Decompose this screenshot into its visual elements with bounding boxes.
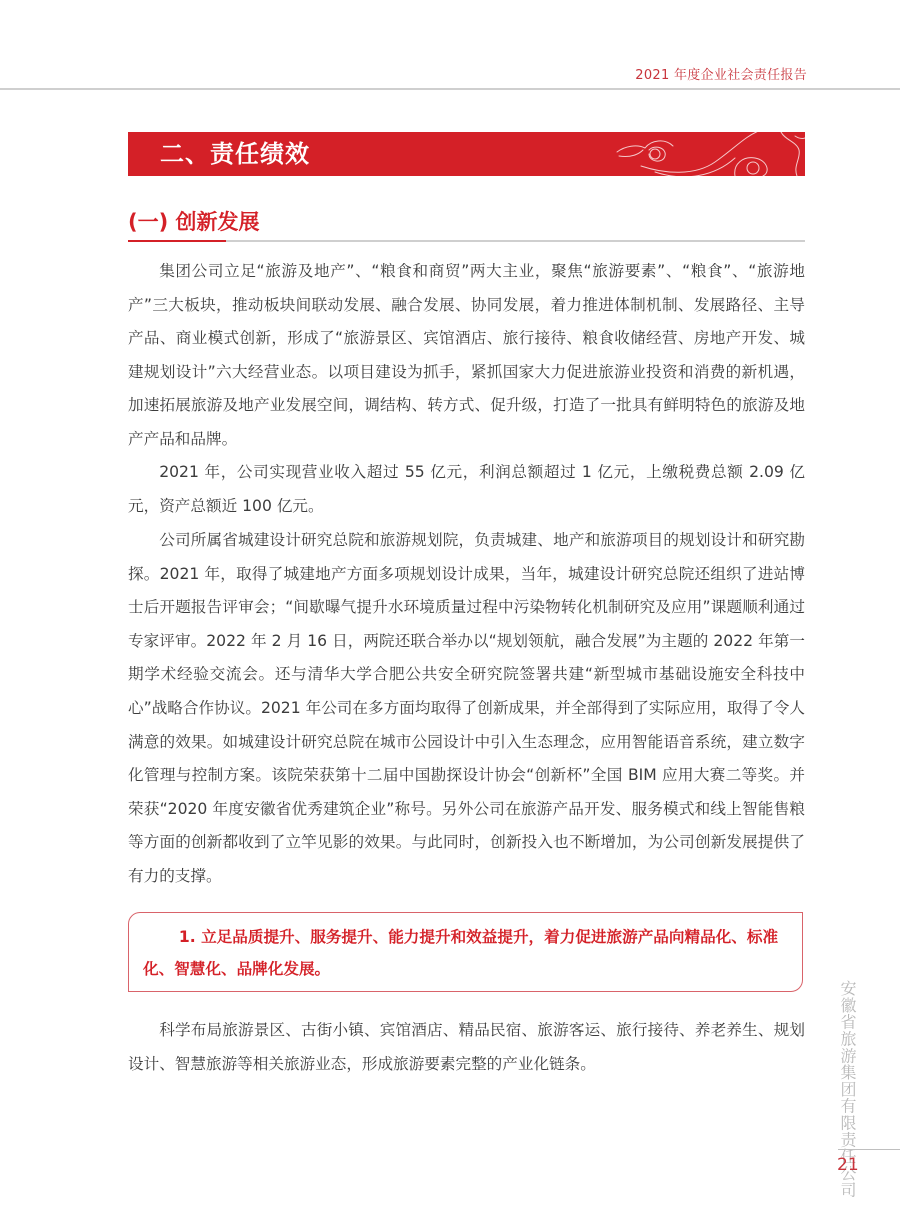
running-header: 2021 年度企业社会责任报告: [635, 64, 807, 83]
section-divider-accent: [128, 240, 226, 242]
callout-text: 1. 立足品质提升、服务提升、能力提升和效益提升，着力促进旅游产品向精品化、标准…: [143, 921, 793, 985]
section-heading: (一) 创新发展: [128, 207, 260, 237]
body-paragraph-tourism-layout: 科学布局旅游景区、古街小镇、宾馆酒店、精品民宿、旅游客运、旅行接待、养老养生、规…: [128, 1014, 805, 1081]
cloud-pattern-icon: [585, 132, 805, 176]
chapter-title: 二、责任绩效: [160, 137, 310, 171]
header-divider: [0, 88, 900, 90]
section-divider: [128, 240, 805, 242]
chapter-banner: 二、责任绩效: [128, 132, 805, 176]
page-number: 21: [837, 1154, 859, 1176]
sidebar-divider: [838, 1149, 900, 1150]
body-paragraph-business-overview: 集团公司立足“旅游及地产”、“粮食和商贸”两大主业，聚焦“旅游要素”、“粮食”、…: [128, 255, 805, 457]
callout-box: 1. 立足品质提升、服务提升、能力提升和效益提升，着力促进旅游产品向精品化、标准…: [128, 912, 803, 992]
body-paragraph-financials: 2021 年，公司实现营业收入超过 55 亿元，利润总额超过 1 亿元，上缴税费…: [128, 456, 805, 523]
body-paragraph-innovation: 公司所属省城建设计研究总院和旅游规划院，负责城建、地产和旅游项目的规划设计和研究…: [128, 524, 805, 894]
